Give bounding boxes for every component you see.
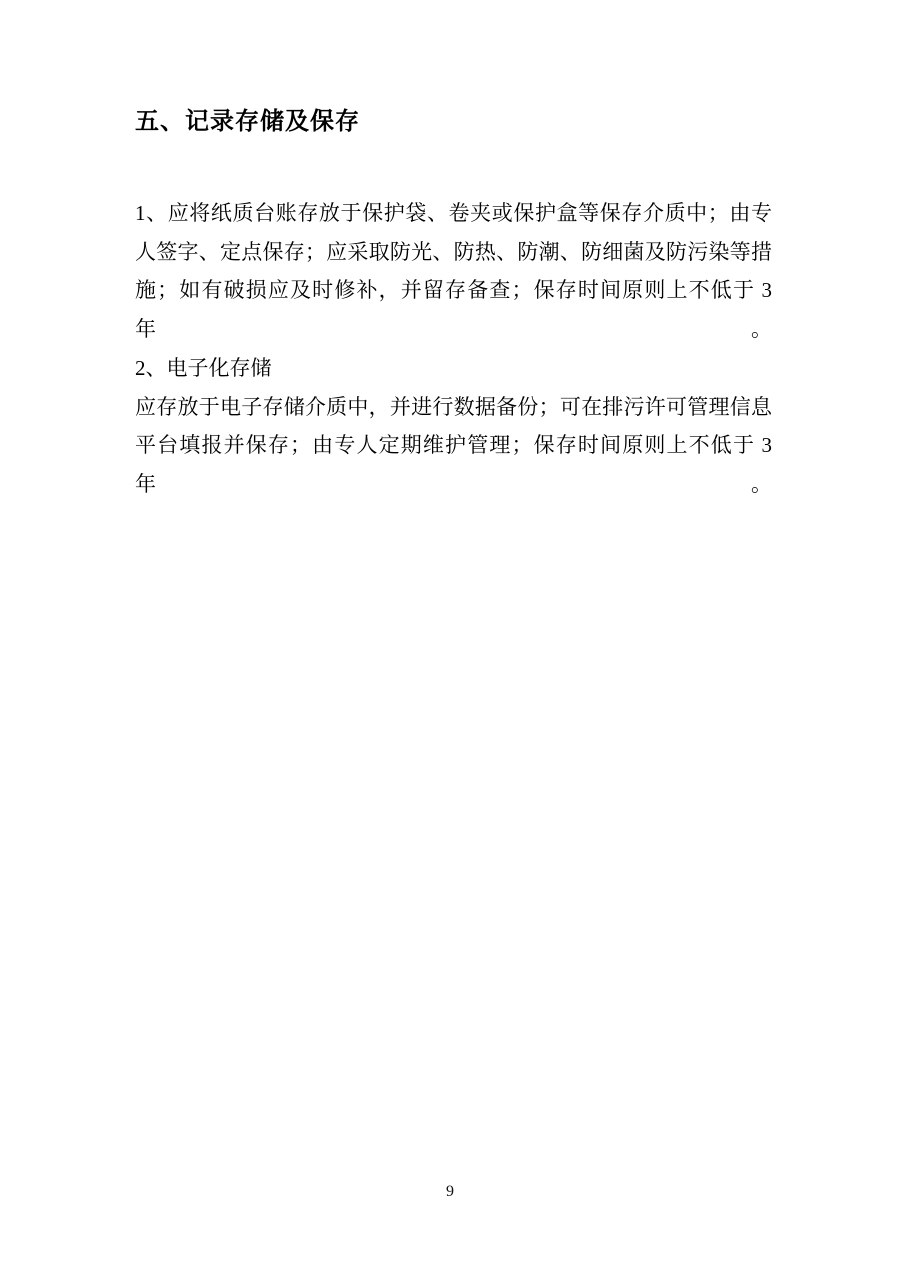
section-heading: 五、记录存储及保存 <box>135 0 772 137</box>
body-line-item2-heading: 2、电子化存储 <box>135 349 772 388</box>
page-number: 9 <box>0 1182 900 1202</box>
body-line: 应存放于电子存储介质中，并进行数据备份；可在排污许可管理信息 <box>135 388 772 427</box>
body-text: 1、应将纸质台账存放于保护袋、卷夹或保护盒等保存介质中；由专 人签字、定点保存；… <box>135 194 772 504</box>
body-line: 人签字、定点保存；应采取防光、防热、防潮、防细菌及防污染等措 <box>135 233 772 272</box>
page-content: 五、记录存储及保存 1、应将纸质台账存放于保护袋、卷夹或保护盒等保存介质中；由专… <box>135 0 772 504</box>
body-line: 施；如有破损应及时修补，并留存备查；保存时间原则上不低于 3 年。 <box>135 271 772 348</box>
body-line: 平台填报并保存；由专人定期维护管理；保存时间原则上不低于 3 年。 <box>135 426 772 503</box>
body-line: 1、应将纸质台账存放于保护袋、卷夹或保护盒等保存介质中；由专 <box>135 194 772 233</box>
document-page: 五、记录存储及保存 1、应将纸质台账存放于保护袋、卷夹或保护盒等保存介质中；由专… <box>0 0 900 1271</box>
